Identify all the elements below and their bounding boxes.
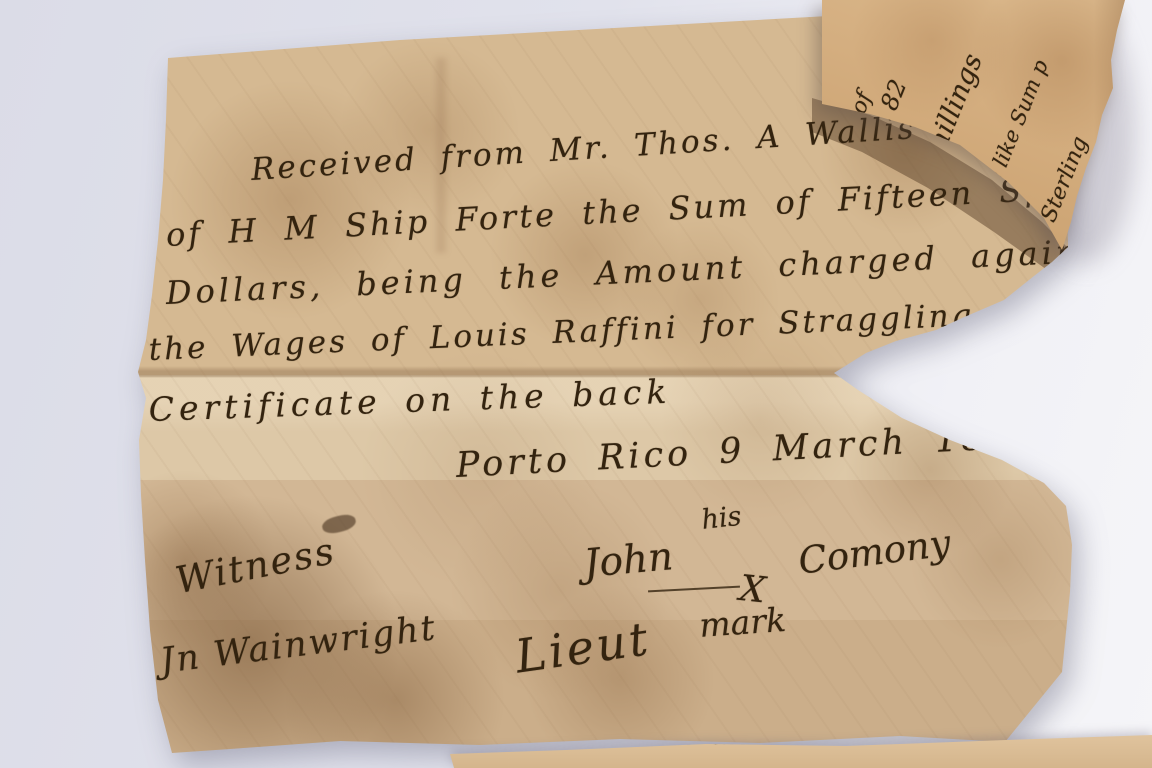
flap-fragment-3: Shillings: [916, 49, 989, 171]
handwriting-line-2: of H M Ship Forte the Sum of Fifteen Spa…: [165, 164, 1150, 253]
receipt-paper: Received from Mr. Thos. A Wallis the Pur…: [0, 0, 1152, 768]
signature-surname: Comony: [796, 521, 953, 582]
bottom-strip-paper: at the time.: [446, 734, 1152, 768]
strip-fragment-line: at the time.: [506, 724, 833, 751]
witness-signature: Jn Wainwright: [158, 608, 439, 682]
signature-mark-label: mark: [698, 600, 787, 645]
signature-his-label: his: [700, 501, 743, 536]
signature-flourish: [648, 586, 740, 593]
flap-background-shadow: [1040, 8, 1135, 263]
bottom-strip-shadow: at the time.: [0, 0, 1152, 768]
water-stain-streak: [436, 58, 446, 253]
photo-background: Received from Mr. Thos. A Wallis the Pur…: [0, 0, 1152, 768]
flap-fragment-2: 82: [875, 75, 912, 114]
flap-cast-shadow: [0, 0, 1152, 768]
torn-flap-shadow: d of 82 Shillings the like Sum p £ Sterl…: [0, 0, 1152, 768]
flap-fragment-1: d of: [838, 88, 877, 137]
dateline: Porto Rico 9 March 1823: [455, 415, 1041, 486]
handwriting-line-3: Dollars, being the Amount charged agains…: [165, 231, 1118, 312]
witness-rank: Lieut: [512, 611, 654, 683]
handwriting-line-1: Received from Mr. Thos. A Wallis the Pur…: [250, 96, 1145, 188]
handwriting-line-5: Certificate on the back: [148, 372, 672, 429]
strip-fragment-text: at the time.: [670, 724, 833, 750]
signature-cross-mark: X: [738, 568, 768, 611]
illegible-scribble: [506, 736, 656, 747]
witness-label: Witness: [172, 529, 339, 602]
signature-first-name: John: [582, 534, 675, 587]
ink-smudge: [321, 512, 358, 536]
receipt-paper-shadow: Received from Mr. Thos. A Wallis the Pur…: [0, 0, 1152, 768]
handwriting-line-4: the Wages of Louis Raffini for Stragglin…: [148, 297, 975, 368]
